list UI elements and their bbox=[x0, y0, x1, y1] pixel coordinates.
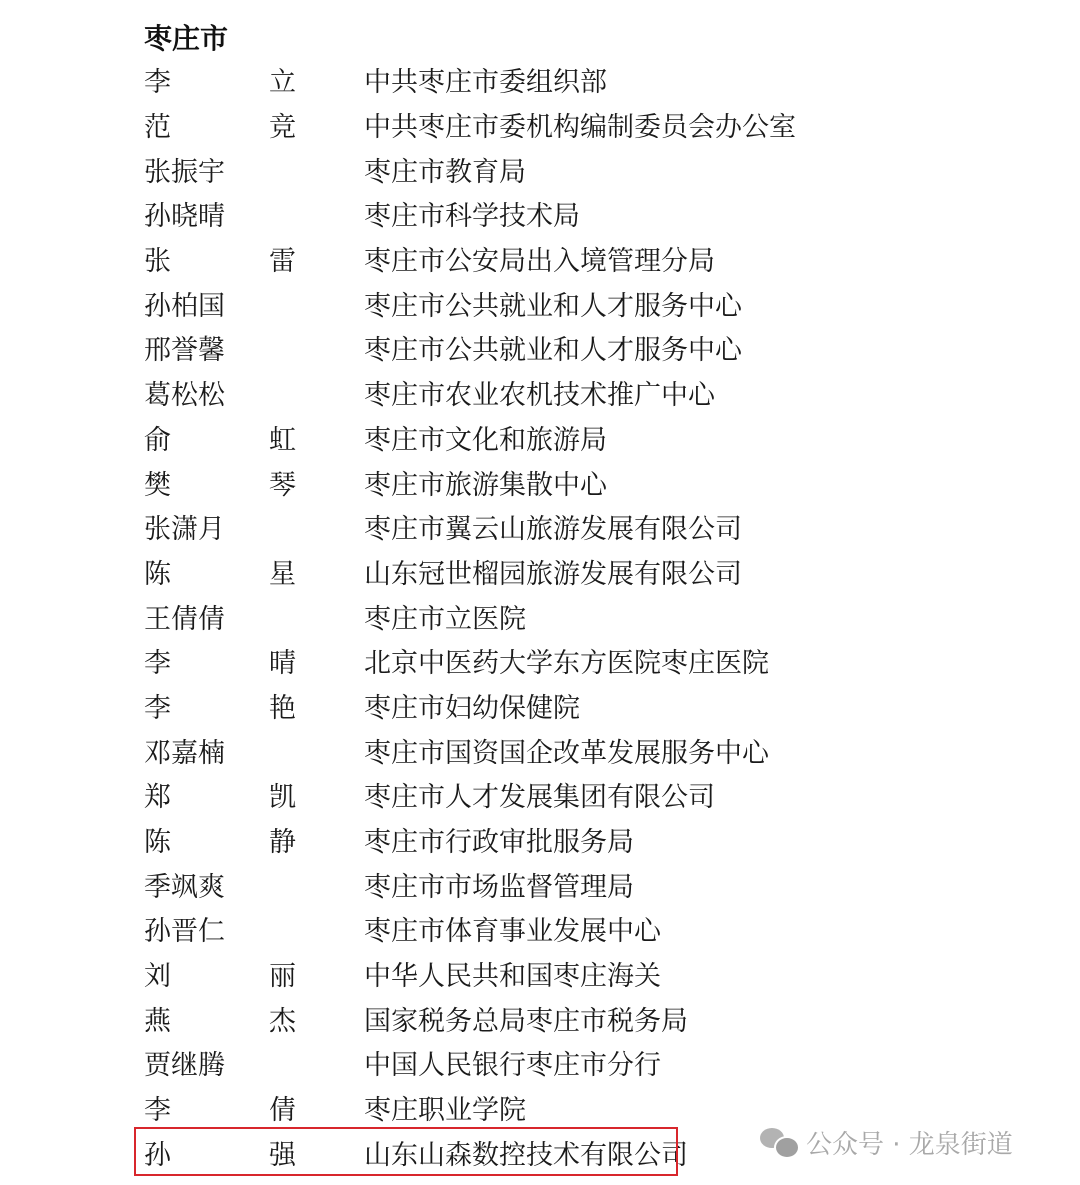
list-item: 季飒爽枣庄市市场监督管理局 bbox=[144, 865, 796, 910]
organization: 枣庄市国资国企改革发展服务中心 bbox=[364, 734, 769, 774]
person-name: 樊琴 bbox=[144, 466, 364, 506]
organization: 枣庄市市场监督管理局 bbox=[364, 868, 634, 908]
list-item: 张潇月枣庄市翼云山旅游发展有限公司 bbox=[144, 508, 796, 553]
organization: 枣庄市文化和旅游局 bbox=[364, 421, 607, 461]
organization: 枣庄市科学技术局 bbox=[364, 197, 580, 237]
organization: 北京中医药大学东方医院枣庄医院 bbox=[364, 644, 769, 684]
organization: 枣庄市教育局 bbox=[364, 153, 526, 193]
list-item: 俞虹枣庄市文化和旅游局 bbox=[144, 419, 796, 464]
person-name: 邢誉馨 bbox=[144, 331, 364, 371]
organization: 枣庄市农业农机技术推广中心 bbox=[364, 376, 715, 416]
name-list: 李立中共枣庄市委组织部范竞中共枣庄市委机构编制委员会办公室张振宇枣庄市教育局孙晓… bbox=[144, 61, 796, 1178]
organization: 枣庄市公共就业和人才服务中心 bbox=[364, 331, 742, 371]
person-name: 李艳 bbox=[144, 689, 364, 729]
organization: 国家税务总局枣庄市税务局 bbox=[364, 1002, 688, 1042]
organization: 山东冠世榴园旅游发展有限公司 bbox=[364, 555, 742, 595]
organization: 枣庄市公共就业和人才服务中心 bbox=[364, 287, 742, 327]
person-name: 孙晓晴 bbox=[144, 197, 364, 237]
list-item: 樊琴枣庄市旅游集散中心 bbox=[144, 463, 796, 508]
person-name: 陈星 bbox=[144, 555, 364, 595]
person-name: 张振宇 bbox=[144, 153, 364, 193]
list-item: 李晴北京中医药大学东方医院枣庄医院 bbox=[144, 642, 796, 687]
list-item: 张雷枣庄市公安局出入境管理分局 bbox=[144, 240, 796, 285]
person-name: 孙晋仁 bbox=[144, 912, 364, 952]
watermark: 公众号 · 龙泉街道 bbox=[758, 1124, 1013, 1160]
person-name: 郑凯 bbox=[144, 778, 364, 818]
person-name: 邓嘉楠 bbox=[144, 734, 364, 774]
organization: 枣庄职业学院 bbox=[364, 1091, 526, 1131]
person-name: 俞虹 bbox=[144, 421, 364, 461]
person-name: 张潇月 bbox=[144, 510, 364, 550]
list-item: 刘丽中华人民共和国枣庄海关 bbox=[144, 955, 796, 1000]
list-item: 王倩倩枣庄市立医院 bbox=[144, 597, 796, 642]
list-item: 邓嘉楠枣庄市国资国企改革发展服务中心 bbox=[144, 731, 796, 776]
person-name: 葛松松 bbox=[144, 376, 364, 416]
list-item: 燕杰国家税务总局枣庄市税务局 bbox=[144, 999, 796, 1044]
list-item: 孙晋仁枣庄市体育事业发展中心 bbox=[144, 910, 796, 955]
organization: 中华人民共和国枣庄海关 bbox=[364, 957, 661, 997]
organization: 中国人民银行枣庄市分行 bbox=[364, 1046, 661, 1086]
person-name: 孙柏国 bbox=[144, 287, 364, 327]
list-item: 邢誉馨枣庄市公共就业和人才服务中心 bbox=[144, 329, 796, 374]
person-name: 范竞 bbox=[144, 108, 364, 148]
person-name: 李倩 bbox=[144, 1091, 364, 1131]
list-item: 张振宇枣庄市教育局 bbox=[144, 150, 796, 195]
list-item: 陈静枣庄市行政审批服务局 bbox=[144, 821, 796, 866]
highlight-box bbox=[134, 1127, 678, 1176]
organization: 中共枣庄市委组织部 bbox=[364, 63, 607, 103]
list-item: 陈星山东冠世榴园旅游发展有限公司 bbox=[144, 553, 796, 598]
organization: 枣庄市公安局出入境管理分局 bbox=[364, 242, 715, 282]
organization: 枣庄市翼云山旅游发展有限公司 bbox=[364, 510, 742, 550]
organization: 枣庄市人才发展集团有限公司 bbox=[364, 778, 715, 818]
person-name: 张雷 bbox=[144, 242, 364, 282]
list-item: 郑凯枣庄市人才发展集团有限公司 bbox=[144, 776, 796, 821]
list-item: 葛松松枣庄市农业农机技术推广中心 bbox=[144, 374, 796, 419]
section-heading: 枣庄市 bbox=[144, 20, 228, 58]
wechat-icon bbox=[758, 1126, 798, 1158]
list-item: 贾继腾中国人民银行枣庄市分行 bbox=[144, 1044, 796, 1089]
person-name: 陈静 bbox=[144, 823, 364, 863]
list-item: 李立中共枣庄市委组织部 bbox=[144, 61, 796, 106]
list-item: 孙柏国枣庄市公共就业和人才服务中心 bbox=[144, 284, 796, 329]
organization: 中共枣庄市委机构编制委员会办公室 bbox=[364, 108, 796, 148]
list-item: 孙晓晴枣庄市科学技术局 bbox=[144, 195, 796, 240]
person-name: 李晴 bbox=[144, 644, 364, 684]
person-name: 刘丽 bbox=[144, 957, 364, 997]
person-name: 李立 bbox=[144, 63, 364, 103]
person-name: 季飒爽 bbox=[144, 868, 364, 908]
person-name: 燕杰 bbox=[144, 1002, 364, 1042]
watermark-text: 公众号 · 龙泉街道 bbox=[806, 1124, 1013, 1161]
list-item: 范竞中共枣庄市委机构编制委员会办公室 bbox=[144, 106, 796, 151]
organization: 枣庄市妇幼保健院 bbox=[364, 689, 580, 729]
organization: 枣庄市行政审批服务局 bbox=[364, 823, 634, 863]
organization: 枣庄市立医院 bbox=[364, 600, 526, 640]
organization: 枣庄市体育事业发展中心 bbox=[364, 912, 661, 952]
person-name: 王倩倩 bbox=[144, 600, 364, 640]
organization: 枣庄市旅游集散中心 bbox=[364, 466, 607, 506]
person-name: 贾继腾 bbox=[144, 1046, 364, 1086]
list-item: 李艳枣庄市妇幼保健院 bbox=[144, 687, 796, 732]
